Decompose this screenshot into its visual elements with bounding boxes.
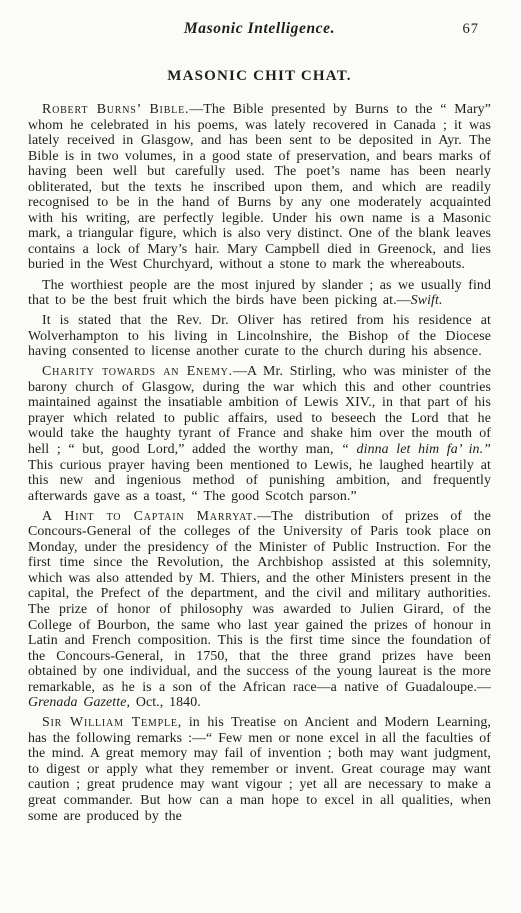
body-text-run: —The Bible presented by Burns to the “ M… bbox=[28, 102, 491, 272]
book-page: Masonic Intelligence. 67 MASONIC CHIT CH… bbox=[0, 0, 521, 913]
italic-text: Grenada Gazette, bbox=[28, 695, 130, 710]
paragraph: Charity towards an Enemy.—A Mr. Stirling… bbox=[28, 364, 491, 504]
lead-in-small-caps: A Hint to Captain Marryat. bbox=[42, 509, 257, 524]
running-header-title: Masonic Intelligence. bbox=[184, 20, 335, 37]
paragraph: Robert Burns’ Bible.—The Bible presented… bbox=[28, 102, 491, 273]
italic-text: “ dinna let him fa’ in.” bbox=[341, 442, 491, 457]
section-title: MASONIC CHIT CHAT. bbox=[28, 68, 491, 85]
body-text-run: This curious prayer having been mentione… bbox=[28, 458, 491, 504]
body-text-run: —The distribution of prizes of the Conco… bbox=[28, 509, 491, 695]
running-header: Masonic Intelligence. 67 bbox=[28, 20, 491, 42]
lead-in-small-caps: Robert Burns’ Bible. bbox=[42, 102, 189, 117]
lead-in-small-caps: Sir William Temple bbox=[42, 715, 178, 730]
body-text-run: , in his Treatise on Ancient and Modern … bbox=[28, 715, 491, 823]
page-number: 67 bbox=[463, 21, 480, 38]
body-text-run: It is stated that the Rev. Dr. Oliver ha… bbox=[28, 313, 491, 359]
body-text-run: Oct., 1840. bbox=[130, 695, 201, 710]
paragraph: Sir William Temple, in his Treatise on A… bbox=[28, 715, 491, 824]
paragraph: The worthiest people are the most injure… bbox=[28, 278, 491, 309]
paragraph: It is stated that the Rev. Dr. Oliver ha… bbox=[28, 313, 491, 360]
paragraph: A Hint to Captain Marryat.—The distribut… bbox=[28, 509, 491, 711]
italic-text: Swift. bbox=[411, 293, 443, 308]
lead-in-small-caps: Charity towards an Enemy. bbox=[42, 364, 233, 379]
article-body: Robert Burns’ Bible.—The Bible presented… bbox=[28, 102, 491, 824]
